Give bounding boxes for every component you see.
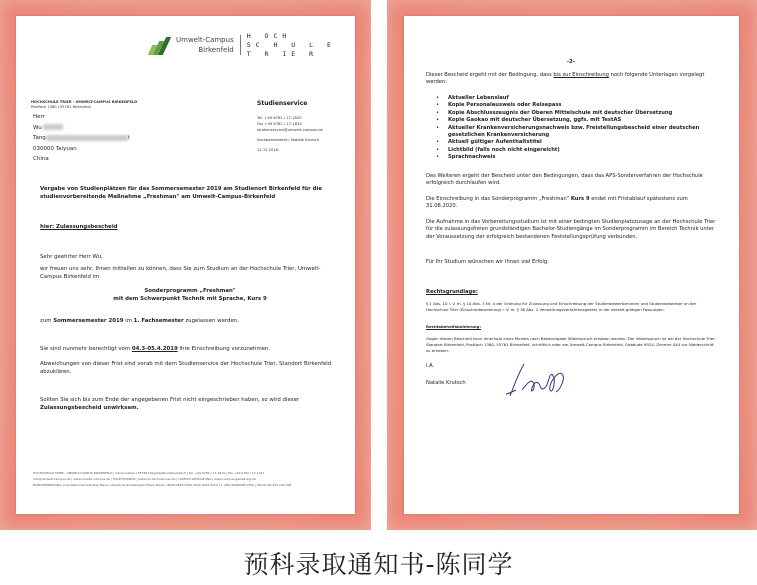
- logo-hs-line3: T R IE R: [247, 50, 336, 59]
- enrollment-dates: 04.3-05.4.2019: [132, 346, 178, 352]
- list-item: Aktueller Krankenversicherungsnachweis b…: [448, 125, 716, 140]
- list-item: Lichtbild (falls noch nicht eingereicht): [448, 147, 716, 154]
- logo-hs-line2: SC H U L E: [247, 41, 336, 50]
- enrollment-period: Sie sind nunmehr berechtigt vom 04.3-05.…: [40, 346, 340, 354]
- program-block: Sonderprogramm „Freshman" mit dem Schwer…: [40, 288, 340, 303]
- aps-condition: Des Weiteren ergeht der Bescheid unter d…: [426, 173, 716, 188]
- page-1-frame: Umwelt-Campus Birkenfeld H OCH SC H U L …: [0, 0, 371, 530]
- list-item: Aktuell gültiger Aufenthaltstitel: [448, 139, 716, 146]
- legal-basis-text: § 1 Abs. 10 i. V. m. § 10 Abs. 3 Nr. 4 d…: [426, 301, 716, 313]
- letter-footer: HOCHSCHULE TRIER · UMWELT-CAMPUS BIRKENF…: [33, 470, 343, 488]
- program-name: Sonderprogramm „Freshman": [40, 288, 340, 296]
- closing-wishes: Für Ihr Studium wünschen wir Ihnen viel …: [426, 259, 716, 266]
- appeal-text: Gegen diesen Bescheid kann innerhalb ein…: [426, 336, 716, 355]
- admission-semester: Sommersemester 2019: [53, 318, 123, 324]
- condition-text: Dieser Bescheid ergeht mit der Bedingung…: [426, 72, 716, 87]
- signature-icon: [502, 360, 572, 400]
- list-item: Kopie Personalausweis oder Reisepass: [448, 102, 716, 109]
- appeal-title: Rechtsbehelfsbelehrung:: [426, 324, 716, 330]
- recipient-street: Tangt: [33, 133, 130, 144]
- letter-regarding: hier: Zulassungsbescheid: [40, 224, 340, 232]
- warning-note: Sollten Sie sich bis zum Ende der angege…: [40, 397, 340, 412]
- sender-address: HOCHSCHULE TRIER · UMWELT-CAMPUS BIRKENF…: [31, 100, 137, 110]
- enrollment-deadline: Die Einschreibung in das Sonderprogramm …: [426, 196, 716, 211]
- recipient-salutation: Herr: [33, 112, 130, 123]
- list-item: Sprachnachweis: [448, 154, 716, 161]
- recipient-address: Herr Wu Tangt 030000 Taiyuan China: [33, 112, 130, 165]
- admission-fachsemester: 1. Fachsemester: [134, 318, 184, 324]
- required-documents-list: Aktueller Lebenslauf Kopie Personalauswe…: [426, 95, 716, 162]
- recipient-country: China: [33, 154, 130, 165]
- redacted-street: [46, 135, 128, 141]
- page-2: -2- Dieser Bescheid ergeht mit der Bedin…: [404, 16, 739, 514]
- admission-line: zum Sommersemester 2019 im 1. Fachsemest…: [40, 318, 340, 326]
- letter-subject: Vergabe von Studienplätzen für das Somme…: [40, 186, 340, 201]
- recipient-city: 030000 Taiyuan: [33, 144, 130, 155]
- page-2-frame: -2- Dieser Bescheid ergeht mit der Bedin…: [387, 0, 757, 530]
- recipient-name: Wu: [33, 123, 130, 134]
- redacted-name: [43, 124, 63, 130]
- admission-terms: Die Aufnahme in das Vorbereitungsstudium…: [426, 219, 716, 241]
- page-number: -2-: [426, 59, 716, 66]
- logo-hs-line1: H OCH: [247, 32, 336, 41]
- letter-greeting: Sehr geehrter Herr Wu,: [40, 254, 340, 262]
- service-block: Studienservice Tel. +49 6782 / 17-1820 F…: [257, 100, 355, 153]
- page-1: Umwelt-Campus Birkenfeld H OCH SC H U L …: [16, 16, 355, 514]
- deviation-note: Abweichungen von dieser Frist sind vorab…: [40, 361, 340, 376]
- logo-leaf-icon: [150, 35, 172, 55]
- legal-basis-title: Rechtsgrundlage:: [426, 289, 716, 296]
- list-item: Aktueller Lebenslauf: [448, 95, 716, 102]
- logo-campus-name: Umwelt-Campus: [176, 35, 234, 45]
- image-caption: 预科录取通知书-陈同学: [0, 545, 757, 581]
- letter-date: 12.12.2018: [257, 147, 355, 153]
- list-item: Kopie Gaokao mit deutscher Übersetzung, …: [448, 117, 716, 124]
- service-title: Studienservice: [257, 100, 355, 107]
- university-logo: Umwelt-Campus Birkenfeld H OCH SC H U L …: [150, 30, 336, 60]
- letter-intro: wir freuen uns sehr, Ihnen mitteilen zu …: [40, 266, 340, 281]
- program-focus: mit dem Schwerpunkt Technik mit Sprache,…: [40, 296, 340, 304]
- logo-campus-location: Birkenfeld: [176, 45, 234, 55]
